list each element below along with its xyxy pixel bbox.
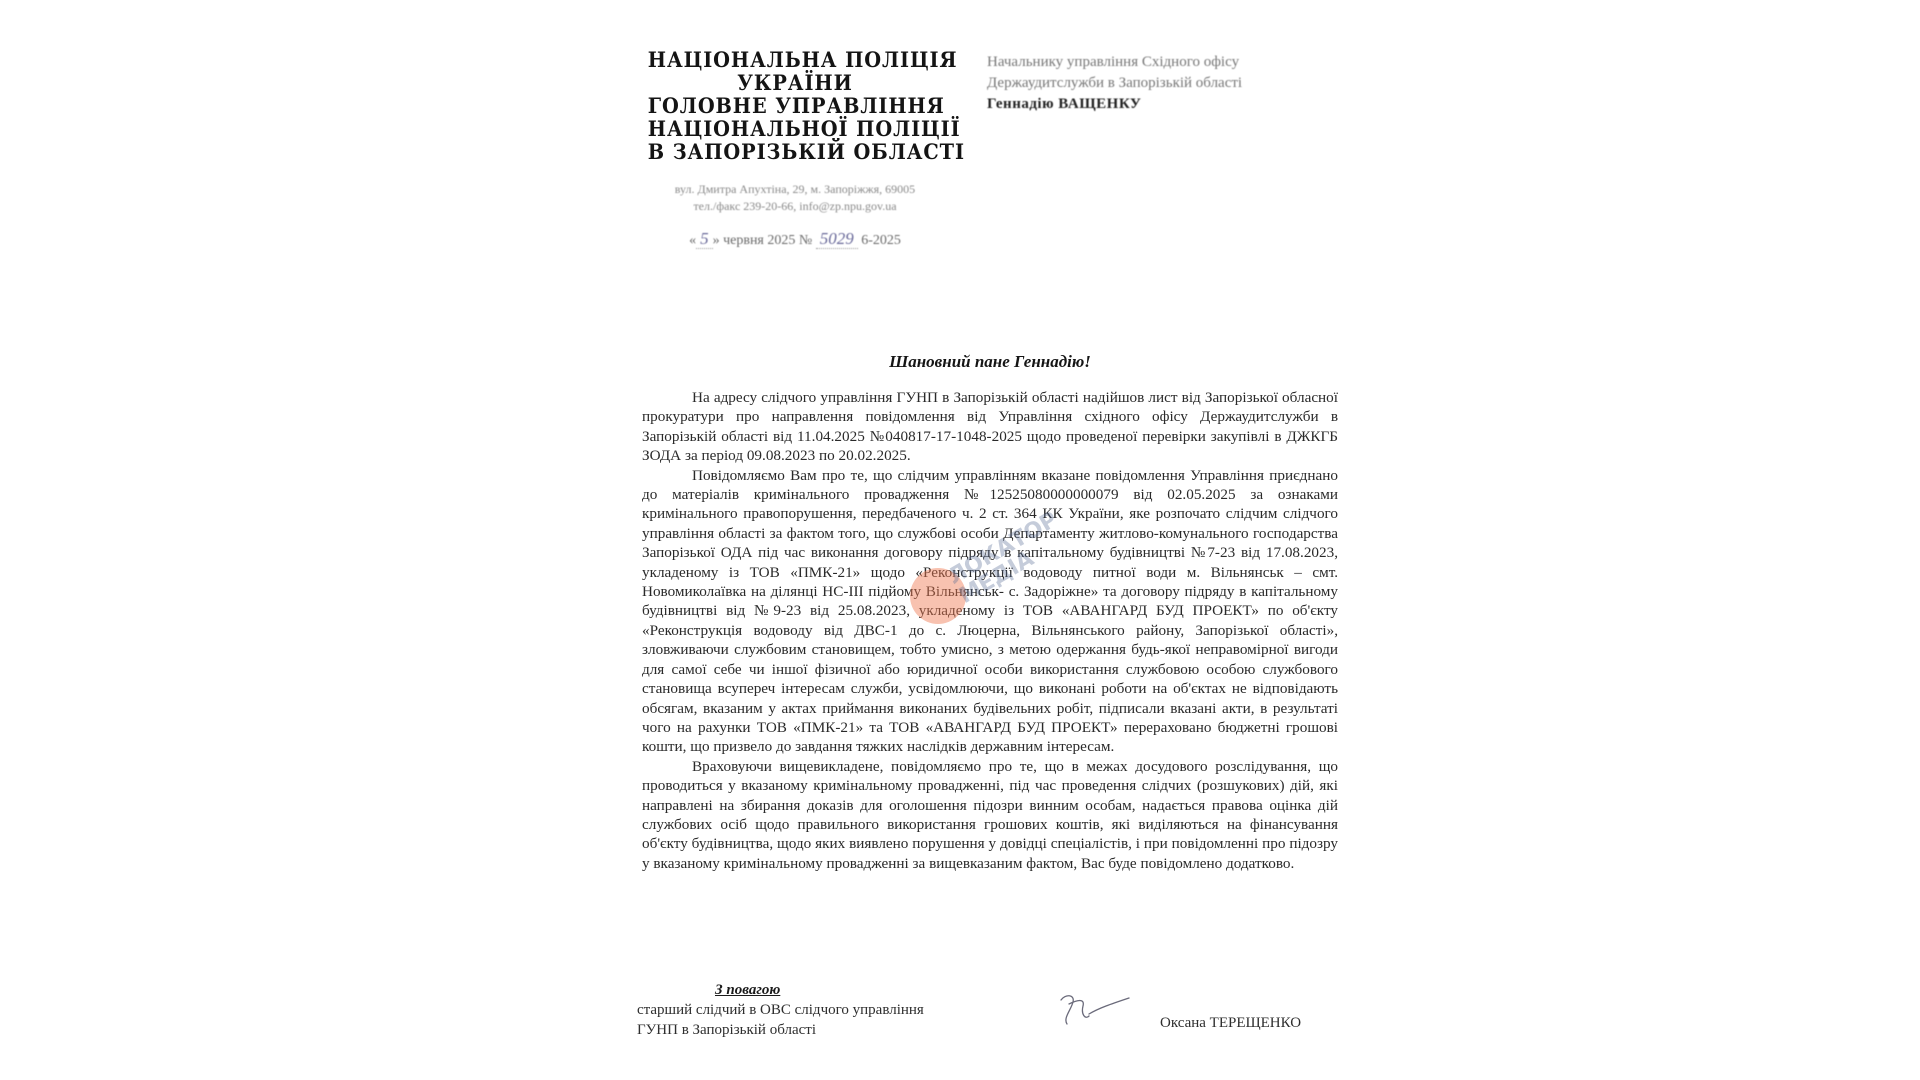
outgoing-suffix: 6-2025	[861, 233, 901, 248]
closing-phrase: З повагою	[715, 982, 780, 999]
org-line-4: НАЦІОНАЛЬНОЇ ПОЛІЦІЇ	[648, 117, 942, 140]
signer-position-line-1: старший слідчий в ОВС слідчого управлінн…	[637, 1000, 924, 1020]
document-page: НАЦІОНАЛЬНА ПОЛІЦІЯ УКРАЇНИ ГОЛОВНЕ УПРА…	[630, 0, 1350, 1080]
letter-body: На адресу слідчого управління ГУНП в Зап…	[642, 388, 1338, 873]
org-line-5: В ЗАПОРІЗЬКІЙ ОБЛАСТІ	[648, 140, 942, 163]
body-paragraph-3: Враховуючи вищевикладене, повідомляємо п…	[642, 757, 1338, 873]
org-line-3: ГОЛОВНЕ УПРАВЛІННЯ	[648, 94, 942, 117]
addressee-line-1: Начальнику управління Східного офісу	[987, 52, 1327, 73]
outgoing-number-handwritten: 5029	[816, 229, 858, 249]
handwritten-signature-icon	[1055, 990, 1135, 1030]
signer-position-line-2: ГУНП в Запорізькій області	[637, 1020, 924, 1040]
body-paragraph-2: Повідомляємо Вам про те, що слідчим упра…	[642, 466, 1338, 757]
addressee-block: Начальнику управління Східного офісу Дер…	[987, 52, 1327, 115]
signer-name: Оксана ТЕРЕЩЕНКО	[1160, 1015, 1301, 1032]
addressee-line-2: Держаудитслужби в Запорізькій області	[987, 73, 1327, 94]
org-line-2: УКРАЇНИ	[648, 71, 942, 94]
signer-position: старший слідчий в ОВС слідчого управлінн…	[637, 1000, 924, 1040]
addressee-name: Геннадію ВАЩЕНКУ	[987, 94, 1327, 115]
org-address-line-1: вул. Дмитра Апухтіна, 29, м. Запоріжжя, …	[635, 181, 955, 198]
outgoing-date-text: » червня 2025 №	[713, 233, 813, 248]
outgoing-day-handwritten: 5	[696, 229, 713, 249]
letterhead-organization: НАЦІОНАЛЬНА ПОЛІЦІЯ УКРАЇНИ ГОЛОВНЕ УПРА…	[635, 48, 955, 249]
body-paragraph-1: На адресу слідчого управління ГУНП в Зап…	[642, 388, 1338, 466]
org-line-1: НАЦІОНАЛЬНА ПОЛІЦІЯ	[648, 48, 942, 71]
salutation: Шановний пане Геннадію!	[630, 352, 1350, 372]
org-address-line-2: тел./факс 239-20-66, info@zp.npu.gov.ua	[635, 198, 955, 215]
org-address: вул. Дмитра Апухтіна, 29, м. Запоріжжя, …	[635, 181, 955, 215]
outgoing-number: «5» червня 2025 № 5029 6-2025	[635, 229, 955, 249]
